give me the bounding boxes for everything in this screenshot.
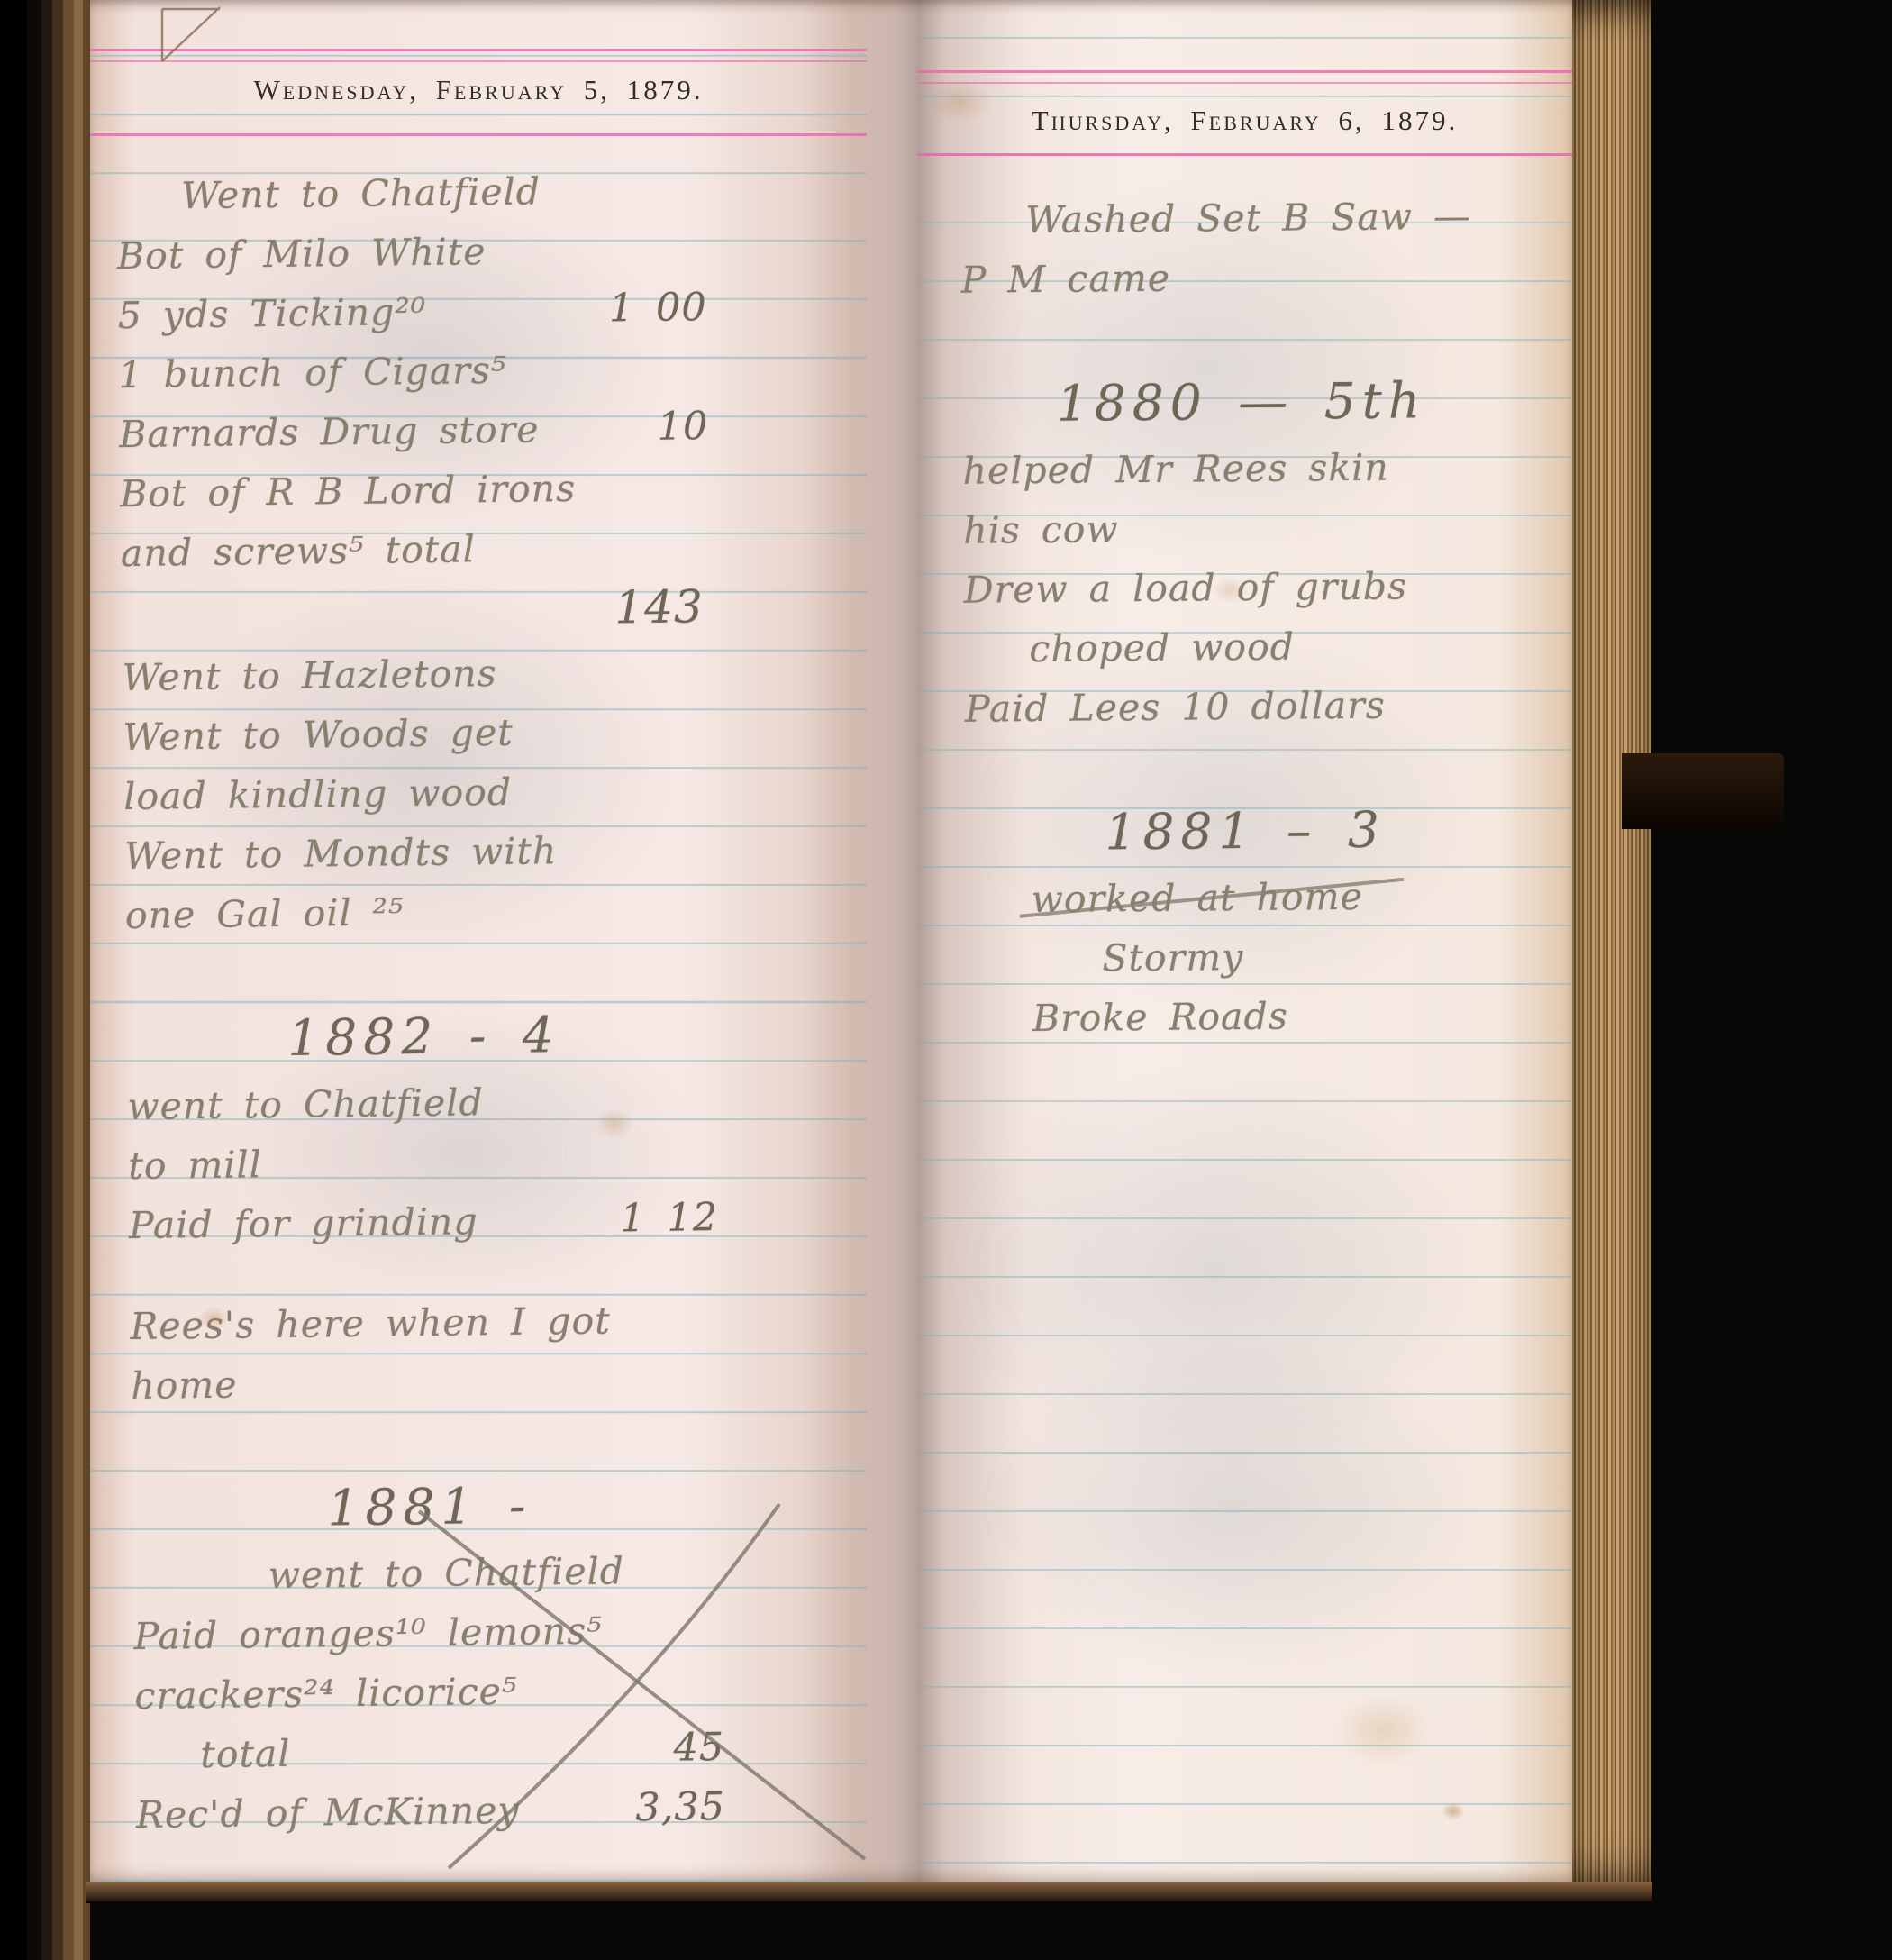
diary-line-text: Went to Mondts with [124,829,558,878]
diary-line: 143 [121,568,716,640]
diary-spread: Wednesday, February 5, 1879. Went to Cha… [90,0,1572,1883]
diary-line: Went to Mondts with [124,811,720,878]
diary-line-text: Bot of R B Lord irons [120,467,576,515]
book-page-edges [1572,0,1651,1900]
diary-line: went to Chatfield [127,1062,723,1128]
diary-line-amount: 1 00 [609,285,713,331]
blank-line [965,725,1524,771]
diary-line-text: his cow [963,507,1119,552]
diary-line: Paid Lees 10 dollars [965,666,1524,730]
diary-line: Paid oranges¹⁰ lemons⁵ [133,1591,729,1658]
diary-line: crackers²⁴ licorice⁵ [134,1651,730,1718]
diary-line: Stormy [967,916,1526,980]
diary-line-amount: 1 12 [620,1195,723,1241]
diary-line: Went to Hazletons [122,633,717,699]
bleed-through-smudge [980,1334,1485,1676]
diary-line-text: total [200,1732,291,1776]
page-left-header: Wednesday, February 5, 1879. [90,74,867,106]
book-bottom-edge [86,1882,1652,1903]
diary-line-text: went to Chatfield [268,1549,625,1597]
pink-rule [90,133,867,136]
diary-line-text: 1881 - [327,1477,532,1537]
diary-line: 1881 – 3 [966,767,1525,861]
pink-rule [90,60,867,62]
diary-line: 1 bunch of Cigars⁵ [118,330,714,397]
diary-line: 1881 - [132,1442,727,1539]
page-right: Thursday, February 6, 1879. Washed Set B… [917,0,1572,1883]
book-binding-left [0,0,90,1960]
diary-line-text: Drew a load of grubs [964,564,1408,611]
diary-line-text: choped wood [1029,625,1295,671]
diary-line: one Gal oil ²⁵ [124,871,720,937]
diary-line-text: load kindling wood [123,770,512,818]
diary-line: worked at home [966,857,1525,921]
pink-rule [917,82,1572,84]
blank-line [125,930,721,979]
diary-line-text: went to Chatfield [127,1080,484,1128]
page-left-entries: Went to ChatfieldBot of Milo White5 yds … [116,151,732,1837]
diary-line: 5 yds Ticking²⁰1 00 [117,270,713,337]
diary-line: his cow [963,488,1523,552]
diary-line: load kindling wood [123,752,719,818]
diary-line: Went to Woods get [123,692,718,759]
diary-line-text: home [131,1363,238,1408]
diary-line: Rees's here when I got [130,1281,725,1348]
diary-line: choped wood [964,606,1524,670]
diary-line: Broke Roads [968,976,1527,1040]
bleed-through-smudge [944,1063,1485,1478]
diary-line: Bot of R B Lord irons [120,449,715,515]
diary-line-text: Paid Lees 10 dollars [965,684,1386,731]
diary-line: Rec'd of McKinney3,35 [136,1770,732,1837]
diary-line-text: 1881 – 3 [1105,801,1386,861]
diary-line: Washed Set B Saw — [960,178,1520,242]
diary-line-text: Went to Chatfield [181,169,541,217]
diary-line: total45 [135,1710,731,1777]
pink-rule [917,153,1572,156]
diary-line-text: Washed Set B Saw — [1025,195,1471,242]
blank-line [961,296,1520,342]
diary-line: home [131,1341,726,1408]
diary-line: P M came [960,237,1520,301]
blank-line [129,1240,724,1289]
diary-line-text: helped Mr Rees skin [962,446,1388,493]
diary-line-text: 1882 - 4 [287,1006,560,1067]
diary-line: Barnards Drug store10 [119,389,714,456]
diary-line-text: one Gal oil ²⁵ [125,890,405,937]
page-right-header: Thursday, February 6, 1879. [917,105,1572,137]
diary-line-text: Rees's here when I got [130,1299,611,1348]
diary-line-amount: 143 [614,580,716,634]
page-left: Wednesday, February 5, 1879. Went to Cha… [90,0,867,1883]
blank-line [132,1400,727,1449]
diary-line-text: and screws⁵ total [121,527,476,575]
diary-line-text: to mill [128,1143,262,1188]
diary-line: and screws⁵ total [120,508,715,575]
diary-line-amount: 10 [657,404,714,450]
page-right-entries: Washed Set B Saw —P M came1880 — 5thhelp… [960,178,1526,1040]
diary-line: 1880 — 5th [961,338,1521,433]
diary-line-text: 5 yds Ticking²⁰ [117,290,426,337]
diary-line: Paid for grinding1 12 [129,1181,724,1247]
diary-line: 1882 - 4 [126,971,722,1069]
diary-line-text: Broke Roads [1032,995,1288,1040]
diary-line: went to Chatfield [132,1532,728,1599]
diary-line-text: Barnards Drug store [119,407,540,456]
diary-line-text: Paid oranges¹⁰ lemons⁵ [133,1609,603,1658]
diary-line-amount: 3,35 [635,1784,731,1830]
diary-line-text: Paid for grinding [129,1199,478,1247]
diary-line-text: Went to Woods get [123,711,514,759]
diary-line-text: Stormy [1102,935,1243,980]
diary-line-text: P M came [961,257,1171,302]
diary-line: Bot of Milo White [116,211,712,278]
diary-line-text: 1880 — 5th [1056,371,1426,433]
diary-line-text: 1 bunch of Cigars⁵ [118,349,506,397]
pink-rule [917,70,1572,73]
diary-line: Drew a load of grubs [963,547,1523,611]
diary-photo: Wednesday, February 5, 1879. Went to Cha… [0,0,1892,1960]
diary-line: to mill [128,1121,723,1188]
diary-line-text: Rec'd of McKinney [136,1789,520,1837]
diary-line-text: Bot of Milo White [117,230,487,278]
diary-line-amount: 45 [673,1725,730,1771]
diary-line: Went to Chatfield [116,151,712,218]
diary-line-text: crackers²⁴ licorice⁵ [134,1670,517,1718]
diary-line: helped Mr Rees skin [962,428,1522,492]
book-clasp [1622,753,1784,829]
diary-line-text: worked at home [1032,875,1363,921]
diary-line-text: Went to Hazletons [122,652,497,699]
pink-rule [90,49,867,51]
